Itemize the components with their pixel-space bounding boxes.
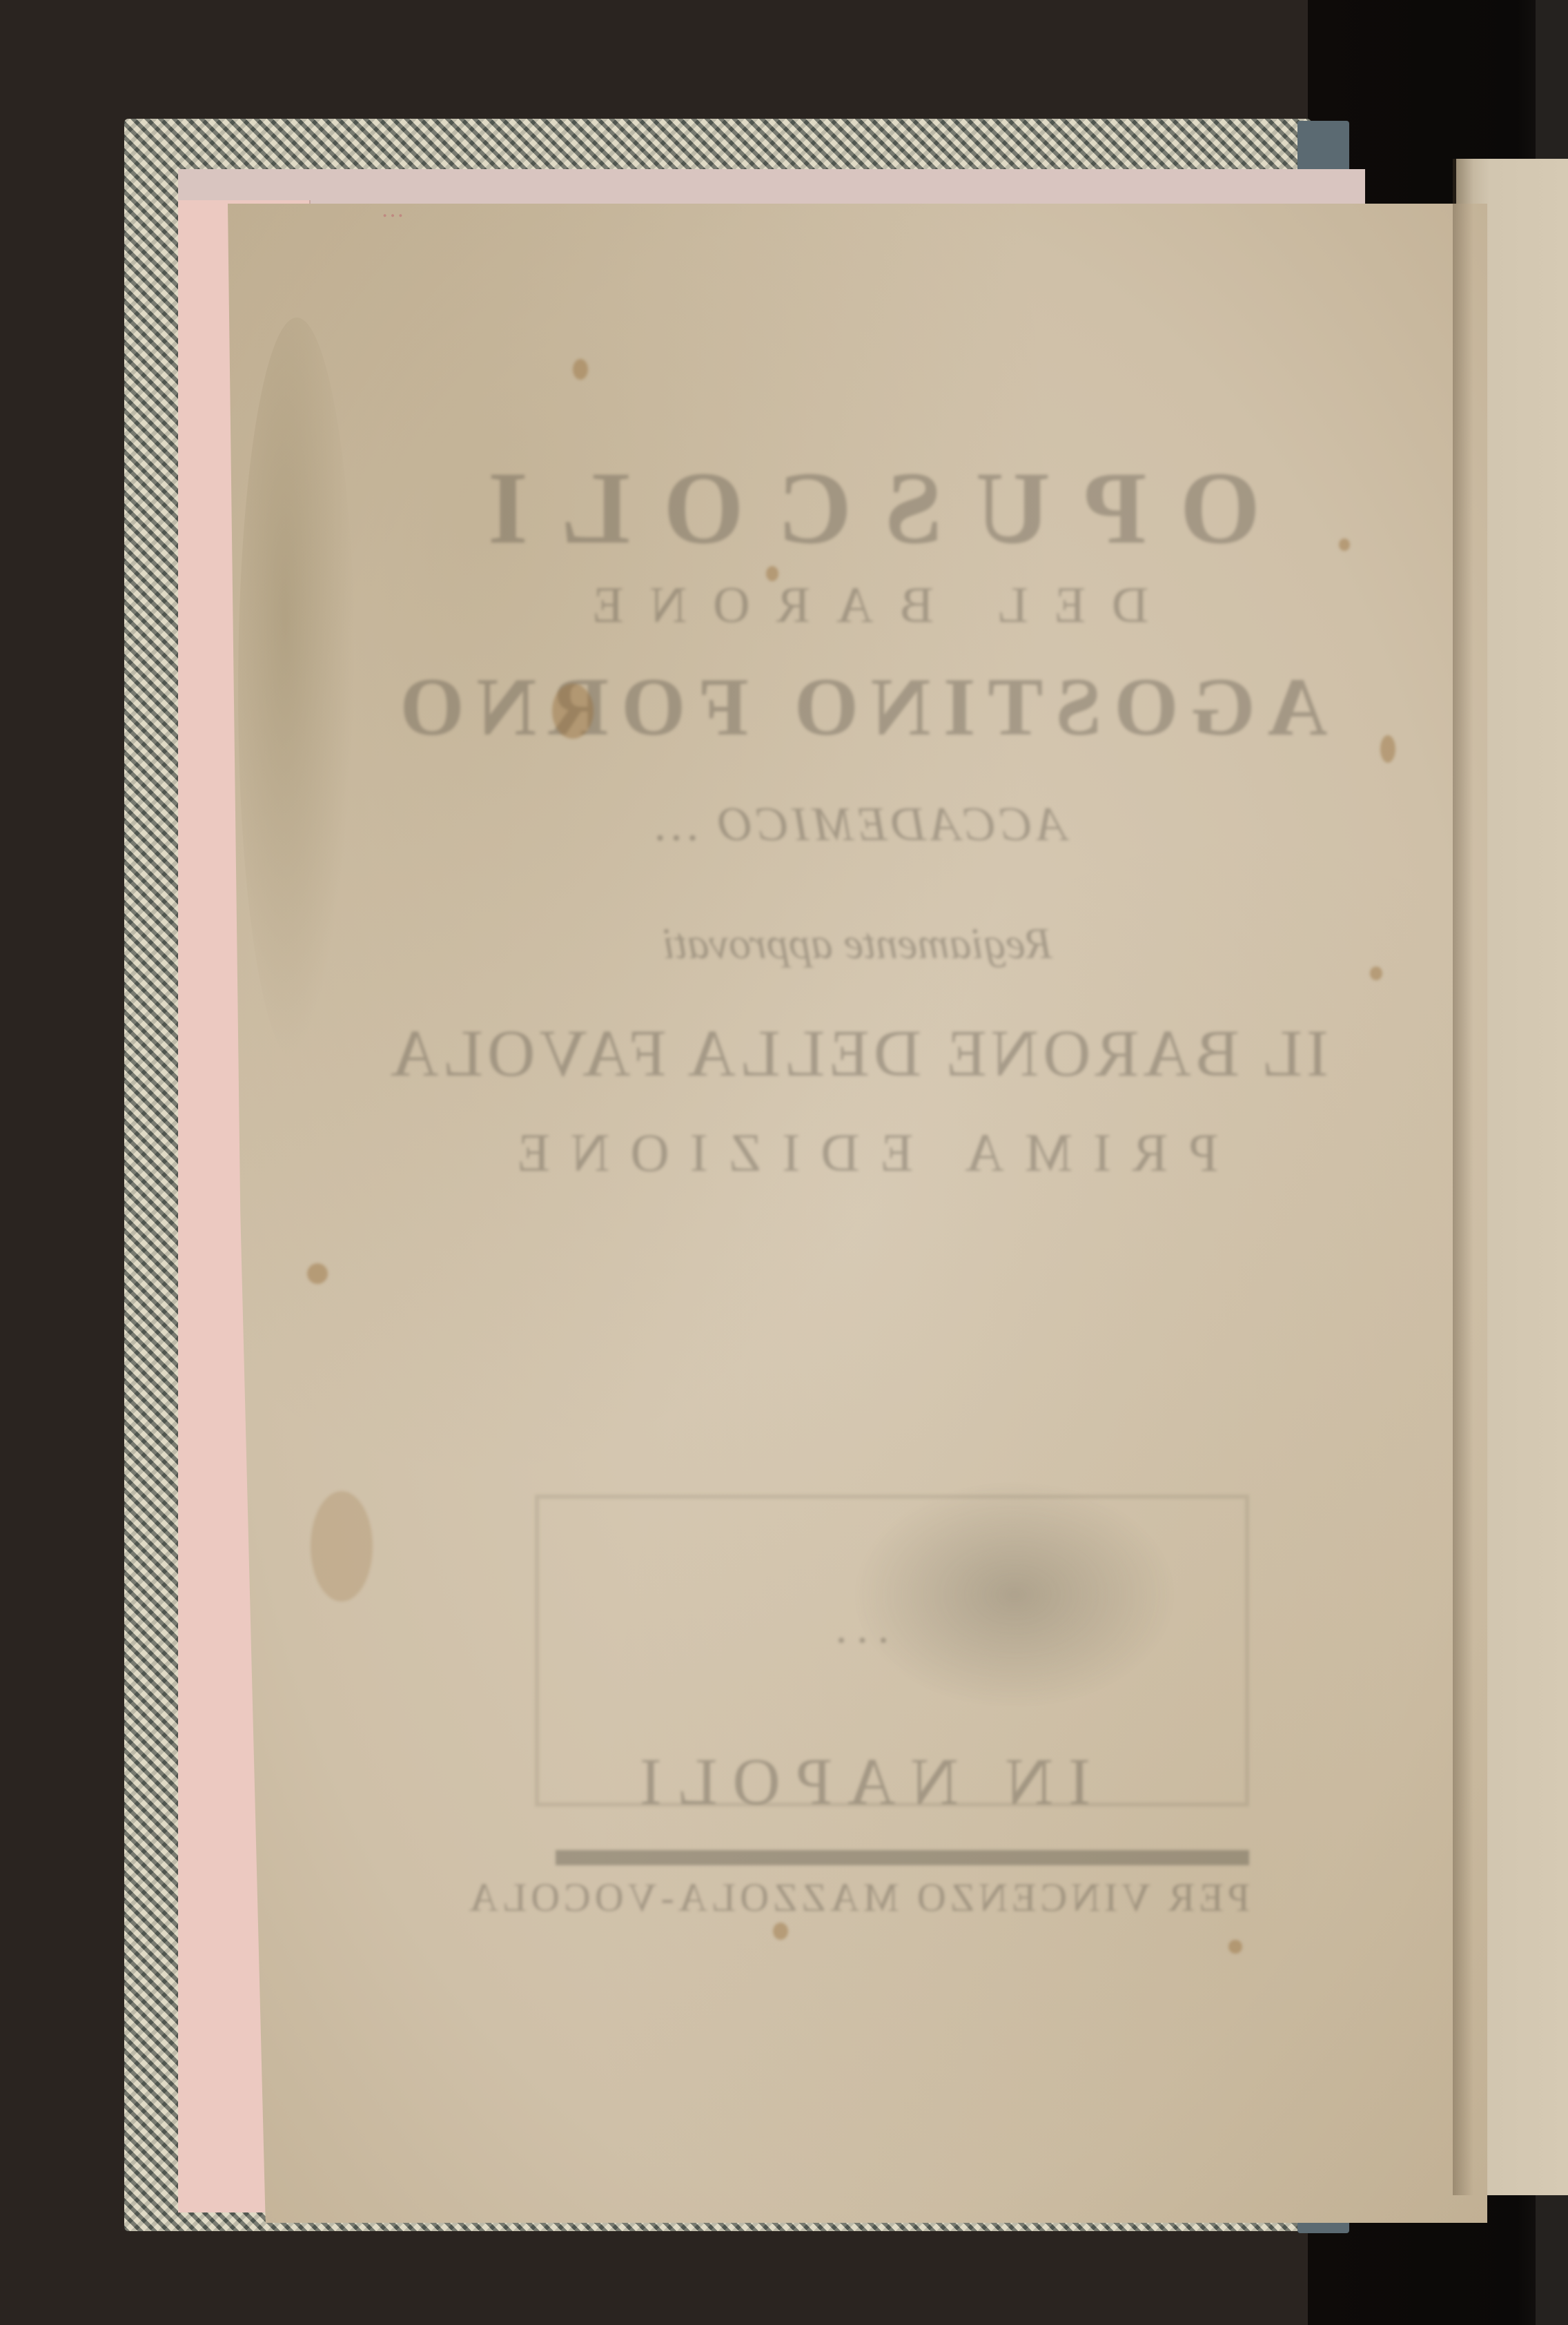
foxing-spot [1370,966,1382,980]
foxing-cluster [311,1491,373,1602]
pencil-annotation: … [381,197,443,224]
foxing-spot [1339,538,1350,551]
foxing-spot [766,566,778,581]
foxing-spot [1380,735,1395,763]
foxing-spot [552,683,594,739]
water-stain [238,318,355,1063]
book-page [228,204,1487,2223]
foxing-spot [773,1923,788,1940]
foxing-spot [1228,1940,1242,1954]
gutter-shadow [1453,159,1473,2195]
foxing-spot [307,1263,328,1284]
foxing-spot [573,359,588,380]
